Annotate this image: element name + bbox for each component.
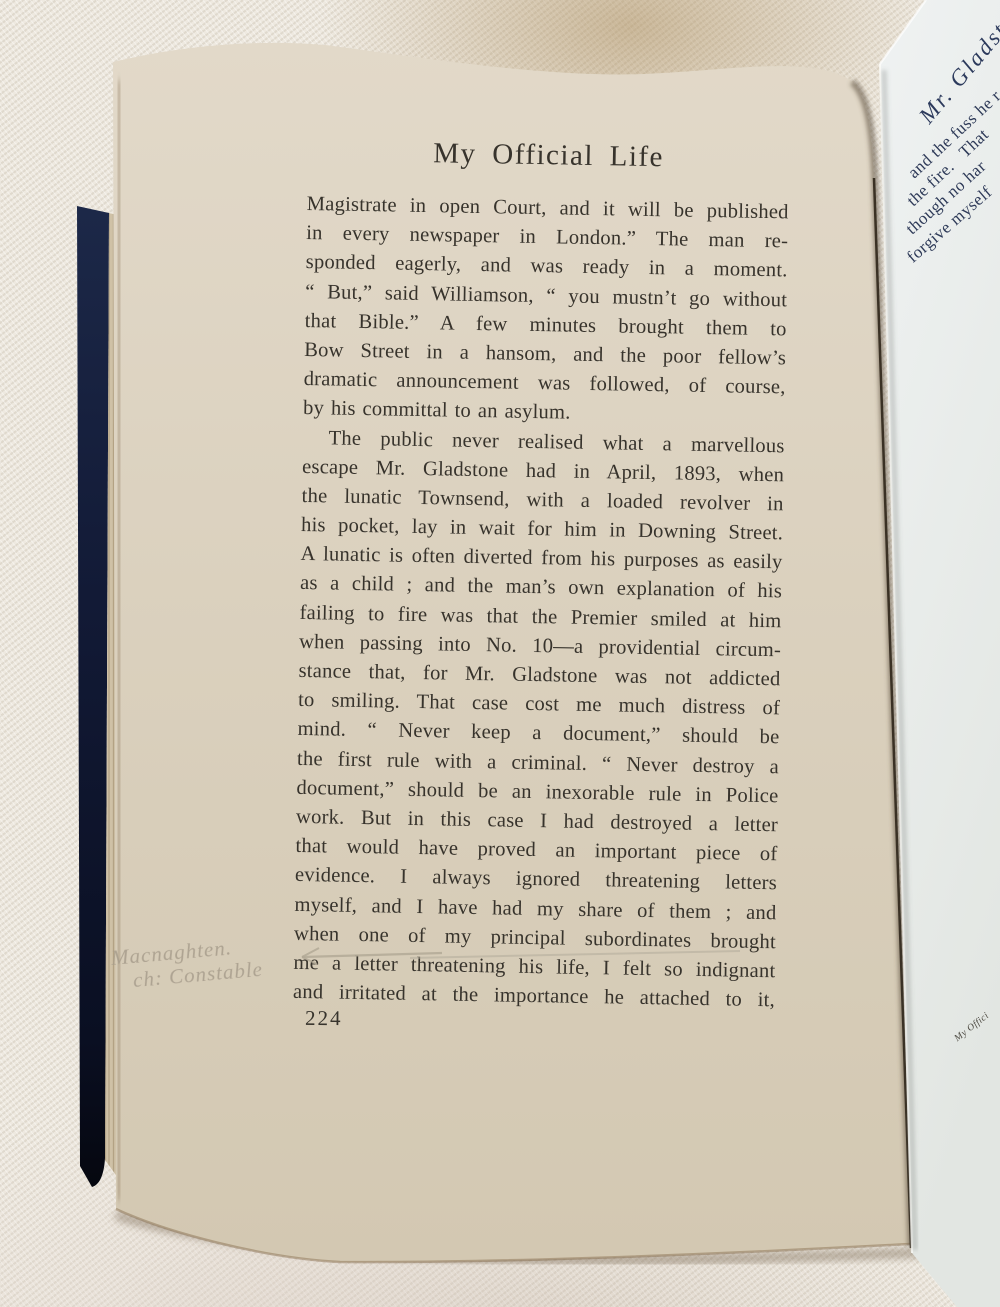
left-page-gutter-shading: [118, 80, 120, 1200]
page-number: 224: [305, 1006, 343, 1031]
photo-open-book: My Official Life Magistrate in open Cour…: [0, 0, 1000, 1307]
left-page-text-column: My Official Life Magistrate in open Cour…: [293, 131, 790, 1016]
pencil-arrow-underline: [292, 930, 762, 976]
book-cover-spine: [77, 206, 109, 1187]
page-header-title: My Official Life: [307, 131, 790, 179]
